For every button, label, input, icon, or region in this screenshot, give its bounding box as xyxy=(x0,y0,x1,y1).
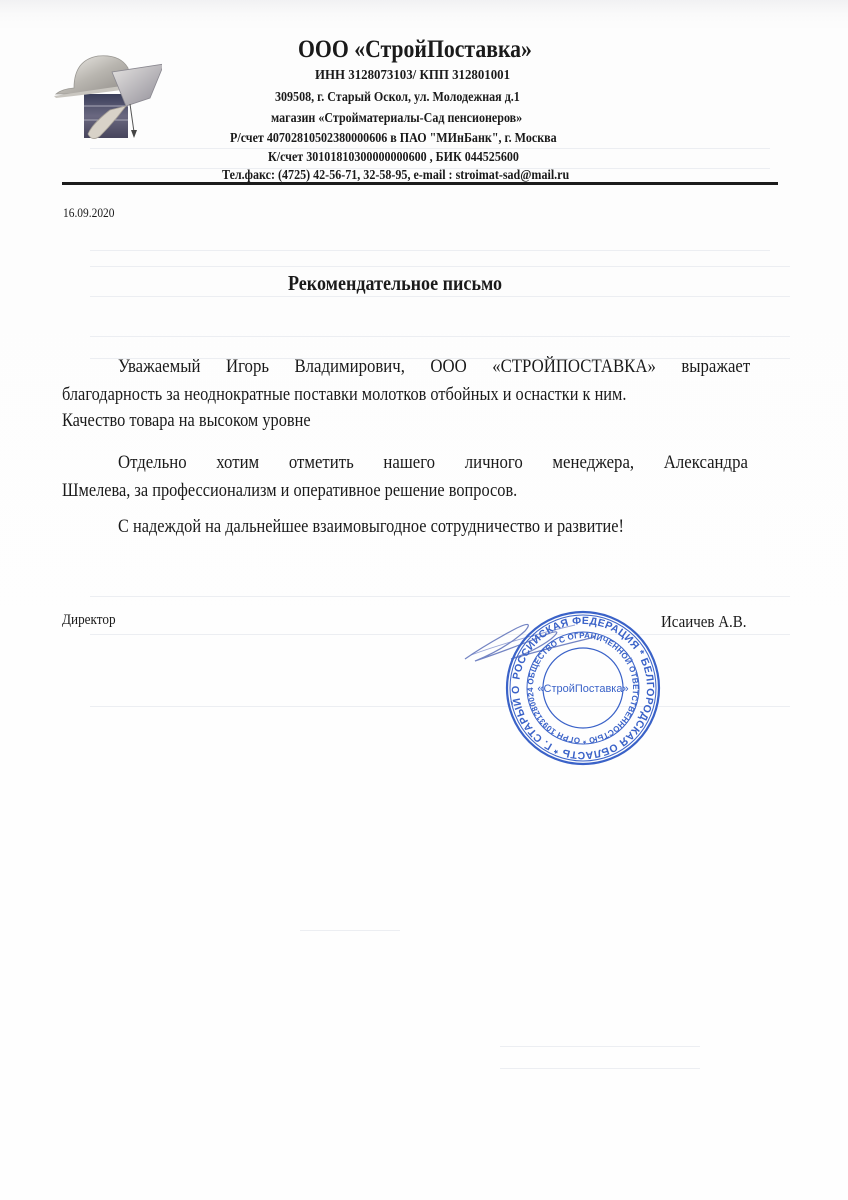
letter-page: ООО «СтройПоставка» ИНН 3128073103/ КПП … xyxy=(0,0,848,1200)
letter-date: 16.09.2020 xyxy=(63,205,114,221)
letter-title: Рекомендательное письмо xyxy=(288,271,502,296)
company-seal-icon: РОССИЙСКАЯ ФЕДЕРАЦИЯ * БЕЛГОРОДСКАЯ ОБЛА… xyxy=(503,608,663,768)
signatory-name: Исаичев А.В. xyxy=(661,612,747,632)
word: «СТРОЙПОСТАВКА» xyxy=(492,356,656,378)
paragraph-closing: С надеждой на дальнейшее взаимовыгодное … xyxy=(118,516,624,538)
paragraph-line: Качество товара на высоком уровне xyxy=(62,410,311,432)
word: Владимирович, xyxy=(294,356,404,378)
settlement-account: Р/счет 40702810502380000606 в ПАО "МИнБа… xyxy=(230,131,557,147)
seal-center-text: «СтройПоставка» xyxy=(537,683,628,695)
word: хотим xyxy=(216,452,259,474)
word: выражает xyxy=(681,356,750,378)
word: Отдельно xyxy=(118,452,187,474)
paragraph-line: Отдельно хотим отметить нашего личного м… xyxy=(118,452,748,474)
word: Уважаемый xyxy=(118,356,200,378)
header-divider xyxy=(62,182,778,185)
hardhat-trowel-logo-icon xyxy=(52,34,162,144)
word: Александра xyxy=(664,452,748,474)
word: менеджера, xyxy=(552,452,634,474)
signatory-role: Директор xyxy=(62,612,116,629)
correspondent-account: К/счет 30101810300000000600 , БИК 044525… xyxy=(268,150,519,166)
paragraph-line: благодарность за неоднократные поставки … xyxy=(62,384,626,406)
paragraph-line: Уважаемый Игорь Владимирович, ООО «СТРОЙ… xyxy=(118,356,750,378)
store-name: магазин «Стройматериалы-Сад пенсионеров» xyxy=(271,111,522,127)
word: нашего xyxy=(383,452,435,474)
word: отметить xyxy=(289,452,354,474)
company-address: 309508, г. Старый Оскол, ул. Молодежная … xyxy=(275,90,520,106)
inn-kpp: ИНН 3128073103/ КПП 312801001 xyxy=(315,68,510,84)
paragraph-line: Шмелева, за профессионализм и оперативно… xyxy=(62,480,517,502)
word: Игорь xyxy=(226,356,269,378)
word: личного xyxy=(465,452,523,474)
word: ООО xyxy=(430,356,466,378)
company-name: ООО «СтройПоставка» xyxy=(298,36,532,64)
